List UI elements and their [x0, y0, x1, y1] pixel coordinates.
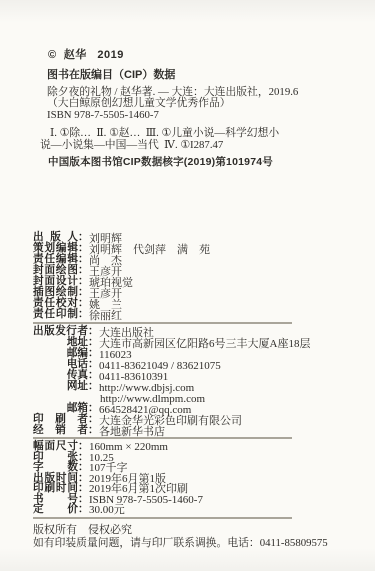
cip-record-number: 中国版本图书馆CIP数据核字(2019)第101974号: [48, 154, 273, 169]
divider-rule: [33, 517, 292, 519]
field-colon: ：: [78, 504, 89, 515]
staff-row: 责任印制：徐丽红: [33, 309, 210, 320]
field-colon: ：: [78, 309, 89, 320]
field-value: 30.00元: [89, 504, 125, 516]
field-label: 经销者: [33, 425, 88, 436]
field-label: 字数: [33, 462, 78, 473]
spec-row: 印刷时间：2019年6月第1次印刷: [33, 483, 203, 494]
field-colon: ：: [88, 381, 99, 392]
print-specs-block: 幅面尺寸：160mm × 220mm 印张：10.25 字数：107千字 出版时…: [33, 441, 203, 515]
field-colon: ：: [88, 425, 99, 436]
field-label: 定价: [33, 504, 78, 515]
cip-data-title: 图书在版编目（CIP）数据: [47, 66, 175, 82]
spec-row: 定价：30.00元: [33, 504, 203, 515]
divider-rule: [33, 322, 292, 324]
divider-rule: [33, 437, 292, 439]
cip-classification-line-2: 说—小说集—中国—当代 Ⅳ. ①I287.47: [40, 137, 223, 152]
field-colon: ：: [78, 483, 89, 494]
field-value: 徐丽红: [89, 310, 122, 322]
cip-isbn-line: ISBN 978-7-5505-1460-7: [47, 110, 298, 121]
cip-description-line-2: （大白鲸原创幻想儿童文学优秀作品）: [47, 98, 298, 109]
staff-credits-block: 出版人：刘明辉 策划编辑：刘明辉 代剑萍 满 苑 责任编辑：尚 杰 封面绘图：王…: [33, 232, 210, 320]
field-label: 印刷时间: [33, 483, 78, 494]
quality-exchange-note: 如有印装质量问题，请与印厂联系调换。电话：0411-85809575: [33, 535, 328, 550]
publisher-block: 出版发行者：大连出版社 地址：大连市高新园区亿阳路6号三丰大厦A座18层 邮编：…: [33, 326, 310, 436]
copyright-page: © 赵华 2019 图书在版编目（CIP）数据 除夕夜的礼物 / 赵华著. — …: [0, 0, 375, 571]
field-label: 幅面尺寸: [33, 441, 78, 452]
publisher-row: 网址：http://www.dbjsj.com: [33, 381, 310, 392]
copyright-line: © 赵华 2019: [48, 46, 124, 62]
field-label: 网址: [33, 381, 88, 392]
spec-row: 幅面尺寸：160mm × 220mm: [33, 441, 203, 452]
field-colon: ：: [78, 441, 89, 452]
field-label: 责任印制: [33, 309, 78, 320]
field-colon: ：: [78, 462, 89, 473]
spec-row: 字数：107千字: [33, 462, 203, 473]
cip-description-block: 除夕夜的礼物 / 赵华著. — 大连：大连出版社，2019.6 （大白鲸原创幻想…: [47, 87, 298, 121]
